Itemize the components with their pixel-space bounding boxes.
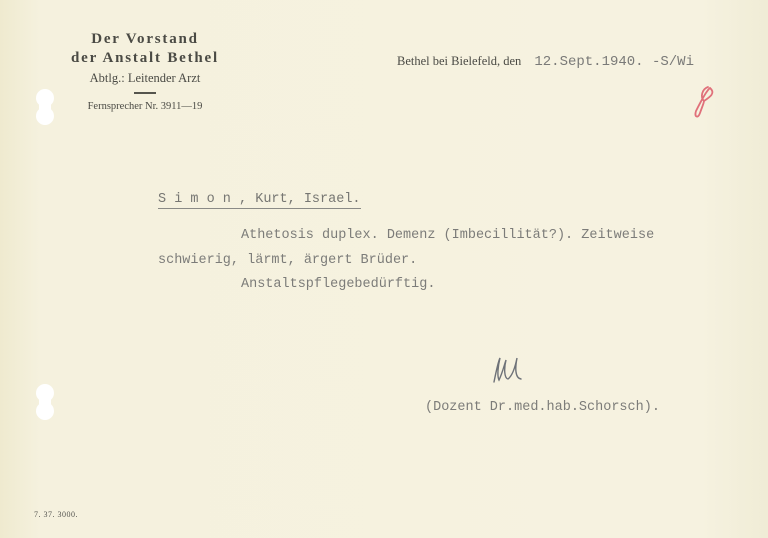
letter-page: Der Vorstand der Anstalt Bethel Abtlg.: … — [0, 0, 768, 538]
print-code: 7. 37. 3000. — [34, 510, 78, 519]
care-status-line: Anstaltspflegebedürftig. — [241, 277, 435, 292]
signature-icon — [488, 352, 533, 386]
handwritten-number-icon — [690, 83, 720, 123]
patient-name: S i m o n , Kurt, Israel. — [158, 192, 361, 209]
organization-name-line2: der Anstalt Bethel — [40, 49, 250, 68]
organization-name: Der Vorstand — [40, 30, 250, 49]
punch-hole-icon — [35, 383, 55, 421]
divider — [134, 92, 156, 94]
diagnosis-line: Athetosis duplex. Demenz (Imbecillität?)… — [241, 228, 654, 243]
signer-name: (Dozent Dr.med.hab.Schorsch). — [425, 400, 660, 415]
letterhead: Der Vorstand der Anstalt Bethel Abtlg.: … — [40, 30, 250, 114]
phone-number: Fernsprecher Nr. 3911—19 — [40, 100, 250, 114]
behavior-line: schwierig, lärmt, ärgert Brüder. — [158, 253, 417, 268]
place: Bethel bei Bielefeld, den — [397, 54, 521, 68]
dateline: Bethel bei Bielefeld, den 12.Sept.1940. … — [397, 50, 694, 70]
department: Abtlg.: Leitender Arzt — [40, 69, 250, 87]
date: 12.Sept.1940. -S/Wi — [534, 54, 694, 70]
